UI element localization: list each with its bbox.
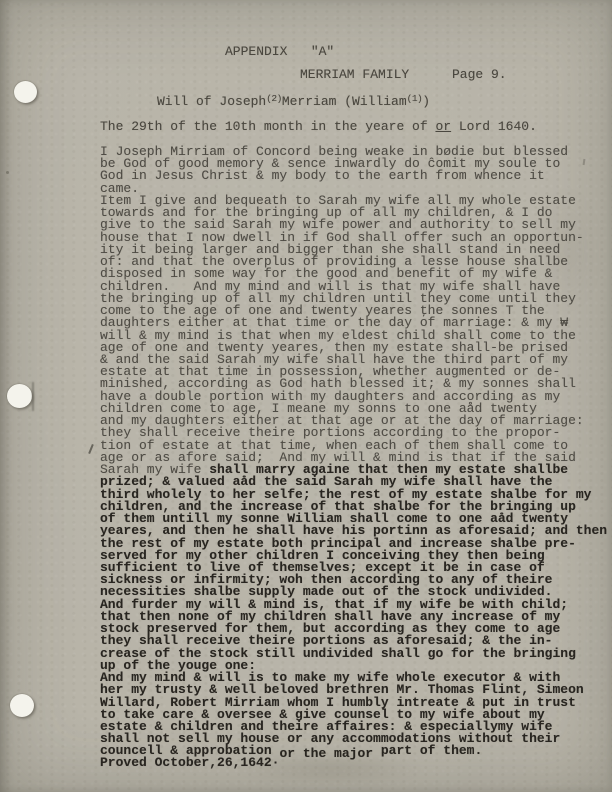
superscript: (1)	[407, 93, 423, 104]
will-title: Will of Joseph(2)Merriam (William(1))	[157, 95, 430, 110]
family-heading: MERRIAM FAMILY	[300, 68, 409, 82]
paper-sheet: APPENDIX "A" MERRIAM FAMILY Page 9. Will…	[0, 0, 612, 792]
body-text: I Joseph Mirriam of Concord being weake …	[100, 146, 612, 758]
page-number: Page 9.	[452, 68, 507, 82]
document-line: God in Jesus Christ & my body to the ear…	[100, 170, 612, 182]
text-segment: )	[422, 94, 430, 109]
superscript: (2)	[266, 93, 282, 104]
text-segment: The 29th of the 10th month in the yeare …	[100, 119, 435, 134]
hole-punch-top	[14, 81, 37, 103]
text-segment: or	[435, 119, 451, 134]
paper-crease	[32, 382, 34, 411]
date-line: The 29th of the 10th month in the yeare …	[100, 120, 537, 134]
hole-punch-bottom	[10, 694, 34, 717]
paper-speck	[88, 444, 94, 454]
text-segment: Merriam (William	[282, 94, 407, 109]
hole-punch-middle	[7, 384, 32, 408]
appendix-heading: APPENDIX "A"	[225, 45, 334, 59]
text-segment: Will of Joseph	[157, 94, 266, 109]
text-segment: Lord 1640.	[451, 119, 537, 134]
text-segment: or the major	[279, 746, 380, 761]
proved-date: Proved October,26,1642·	[100, 757, 279, 769]
text-segment: part of them.	[381, 743, 482, 758]
